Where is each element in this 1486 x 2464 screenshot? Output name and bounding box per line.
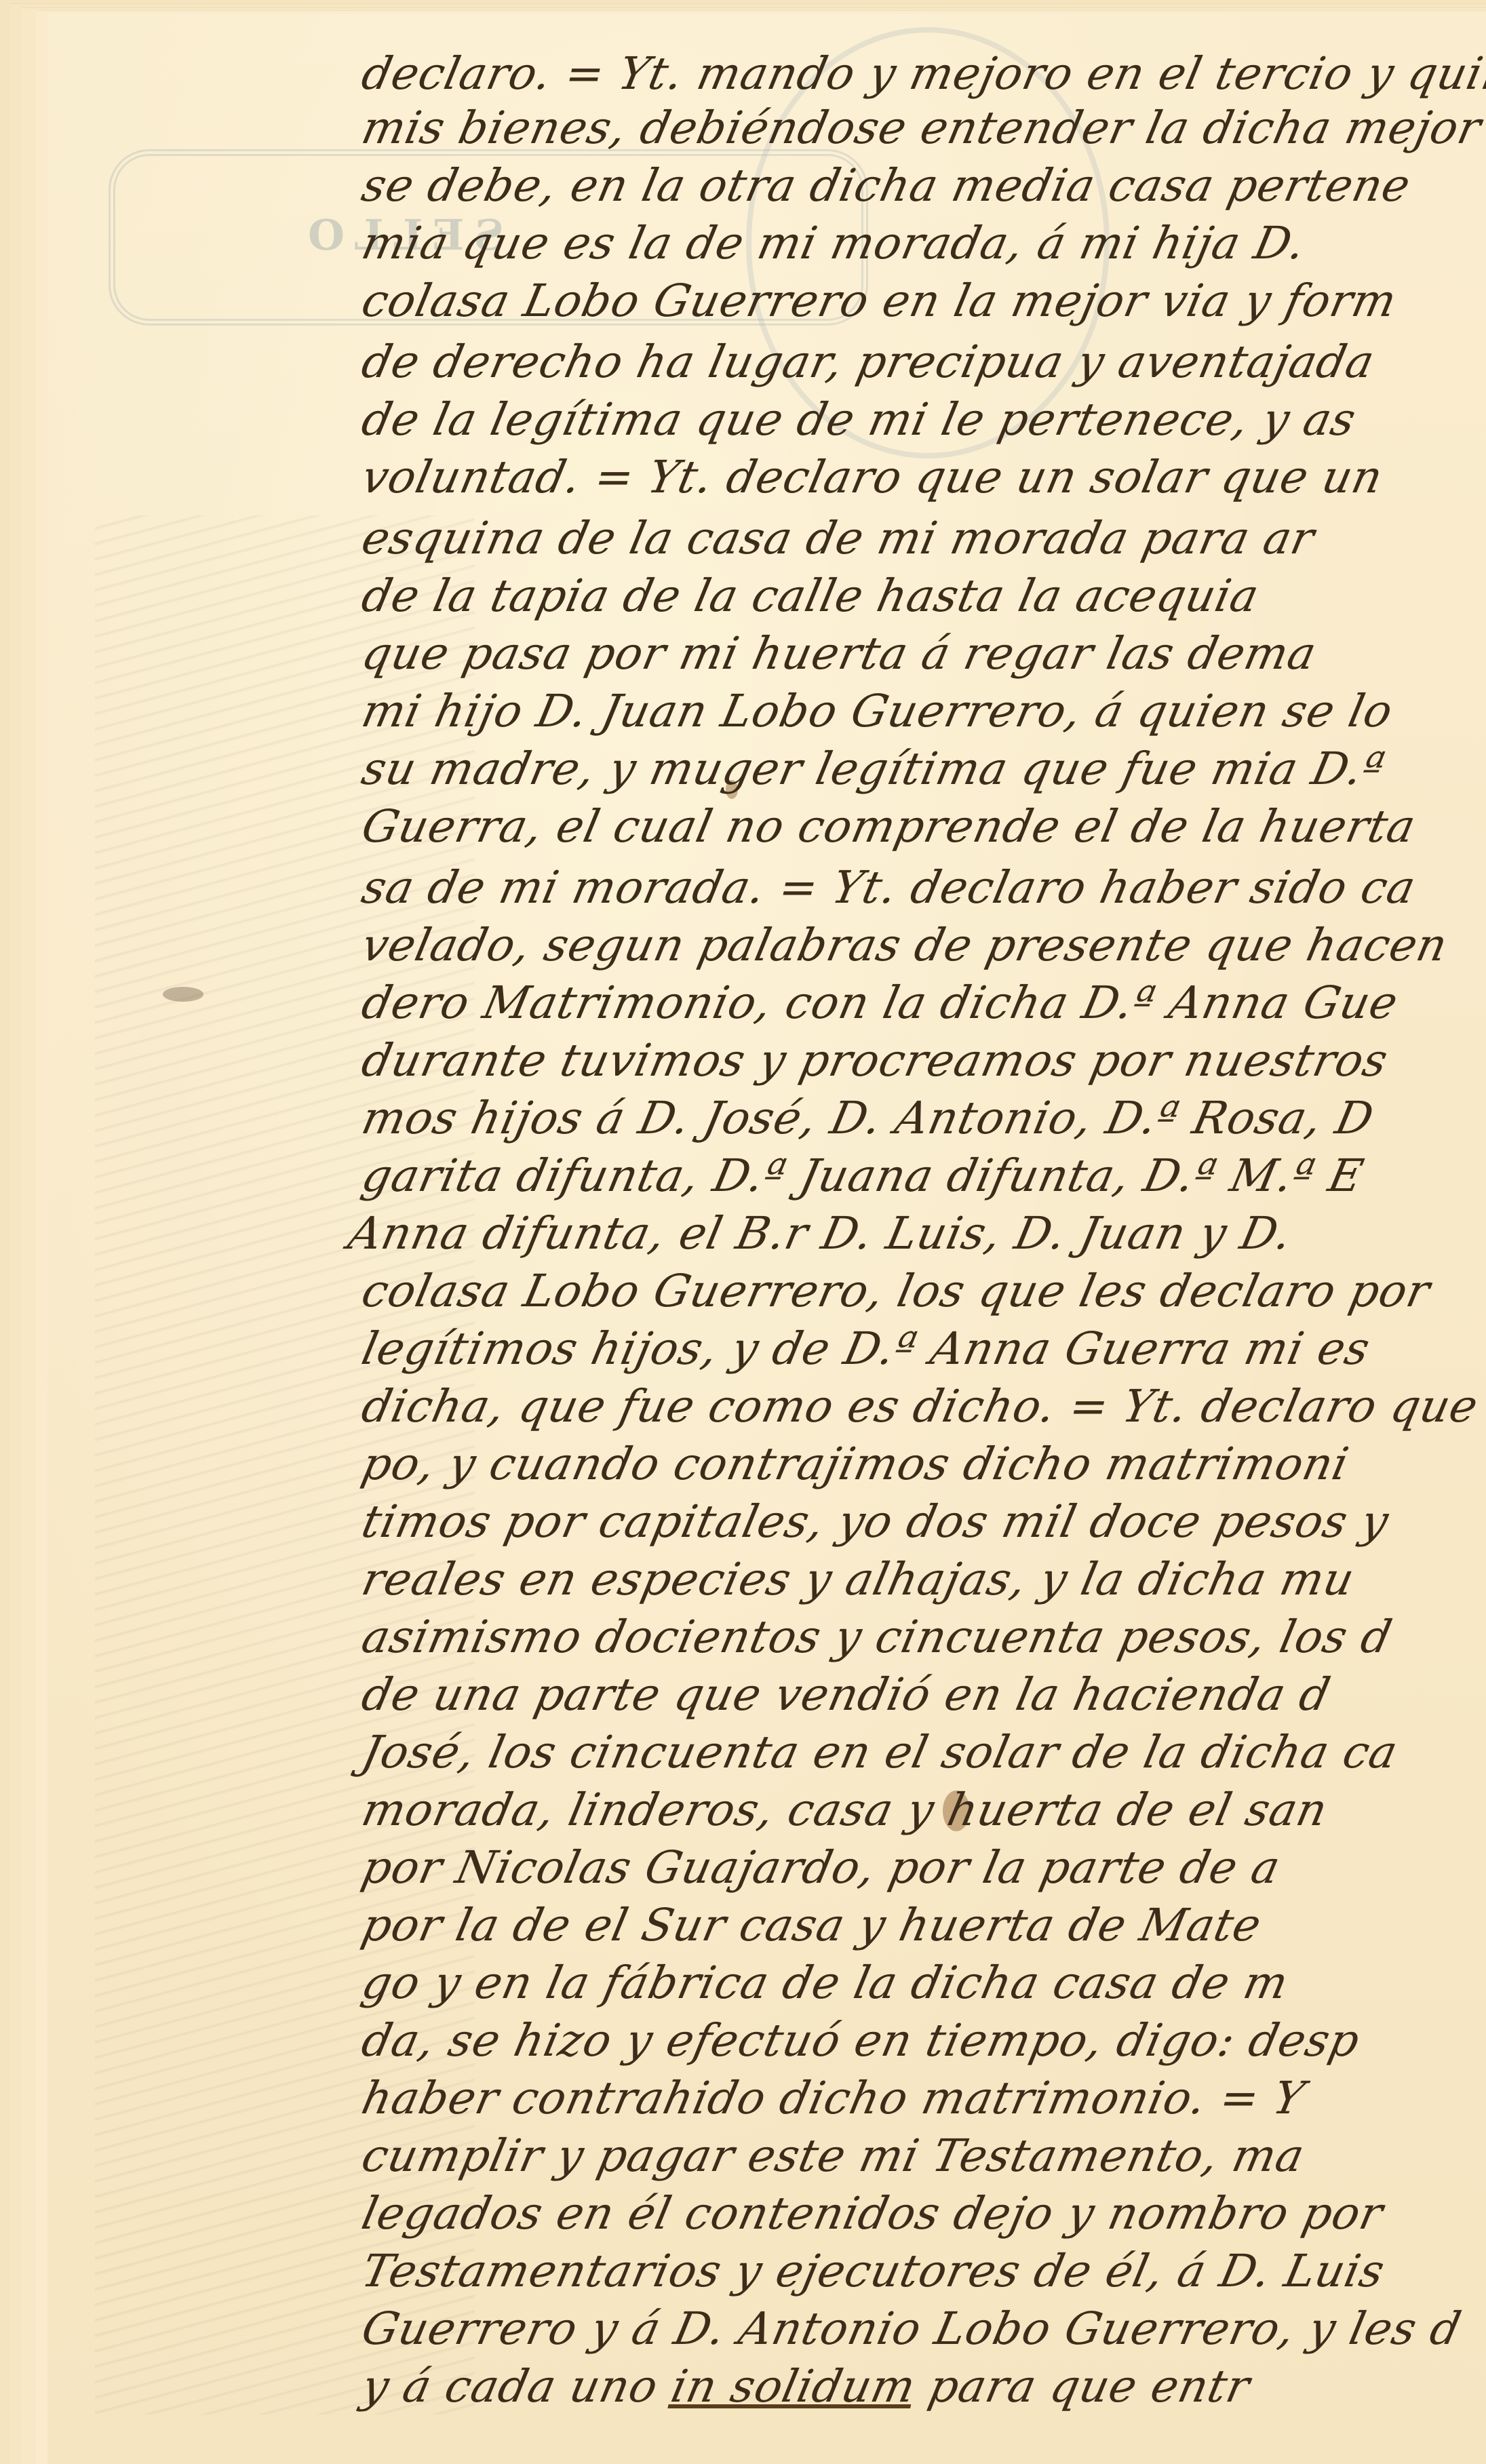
text-line: asimismo docientos y cincuenta pesos, lo…	[357, 1611, 1397, 1663]
text-line-last: y á cada uno in solidum para que entr	[357, 2360, 1255, 2412]
text-segment: y á cada uno	[357, 2360, 678, 2412]
text-segment: para que entr	[910, 2360, 1255, 2412]
text-line: mos hijos á D. José, D. Antonio, D.ª Ros…	[357, 1092, 1379, 1144]
text-line: dicha, que fue como es dicho. = Yt. decl…	[357, 1380, 1483, 1432]
text-line: da, se hizo y efectuó en tiempo, digo: d…	[357, 2014, 1365, 2067]
text-line: José, los cincuenta en el solar de la di…	[357, 1726, 1403, 1778]
text-line: reales en especies y alhajas, y la dicha…	[357, 1553, 1359, 1605]
text-line: timos por capitales, yo dos mil doce pes…	[357, 1495, 1394, 1548]
text-line: sa de mi morada. = Yt. declaro haber sid…	[357, 861, 1421, 914]
text-line: garita difunta, D.ª Juana difunta, D.ª M…	[357, 1150, 1369, 1202]
text-line: durante tuvimos y procreamos por nuestro…	[357, 1034, 1393, 1087]
text-line: Anna difunta, el B.r D. Luis, D. Juan y …	[344, 1207, 1297, 1259]
text-line: su madre, y muger legítima que fue mia D…	[357, 743, 1390, 795]
text-line: por la de el Sur casa y huerta de Mate	[357, 1899, 1266, 1951]
text-line: Testamentarios y ejecutores de él, á D. …	[357, 2245, 1390, 2297]
ink-stain	[163, 987, 203, 1002]
text-line: esquina de la casa de mi morada para ar	[357, 512, 1319, 564]
text-line: de una parte que vendió en la hacienda d	[357, 1668, 1335, 1721]
text-line: por Nicolas Guajardo, por la parte de a	[357, 1841, 1285, 1894]
text-line: colasa Lobo Guerrero, los que les declar…	[357, 1265, 1435, 1317]
text-line: declaro. = Yt. mando y mejoro en el terc…	[357, 47, 1486, 100]
text-line: haber contrahido dicho matrimonio. = Y	[357, 2072, 1310, 2124]
text-line: legítimos hijos, y de D.ª Anna Guerra mi…	[357, 1323, 1375, 1375]
text-line: colasa Lobo Guerrero en la mejor via y f…	[357, 275, 1402, 327]
text-line: Guerra, el cual no comprende el de la hu…	[357, 800, 1421, 853]
text-line: velado, segun palabras de presente que h…	[357, 919, 1453, 971]
text-line: se debe, en la otra dicha media casa per…	[357, 159, 1415, 212]
text-line: de derecho ha lugar, precipua y aventaja…	[357, 336, 1380, 388]
text-line: legados en él contenidos dejo y nombro p…	[357, 2187, 1388, 2240]
text-line: que pasa por mi huerta á regar las dema	[357, 627, 1321, 680]
text-line: cumplir y pagar este mi Testamento, ma	[357, 2130, 1310, 2182]
text-line: dero Matrimonio, con la dicha D.ª Anna G…	[357, 977, 1403, 1029]
text-line: morada, linderos, casa y huerta de el sa…	[357, 1784, 1333, 1836]
text-line: mi hijo D. Juan Lobo Guerrero, á quien s…	[357, 685, 1398, 737]
underlined-phrase: in solidum	[667, 2360, 920, 2412]
text-line: de la tapia de la calle hasta la acequia	[357, 570, 1264, 622]
text-line: mia que es la de mi morada, á mi hija D.	[357, 217, 1310, 269]
text-line: Guerrero y á D. Antonio Lobo Guerrero, y…	[357, 2303, 1466, 2355]
text-line: voluntad. = Yt. declaro que un solar que…	[357, 451, 1388, 503]
text-line: po, y cuando contrajimos dicho matrimoni	[357, 1438, 1354, 1490]
text-line: mis bienes, debiéndose entender la dicha…	[357, 102, 1486, 154]
text-line: de la legítima que de mi le pertenece, y…	[357, 393, 1361, 446]
text-line: go y en la fábrica de la dicha casa de m	[357, 1957, 1293, 2009]
